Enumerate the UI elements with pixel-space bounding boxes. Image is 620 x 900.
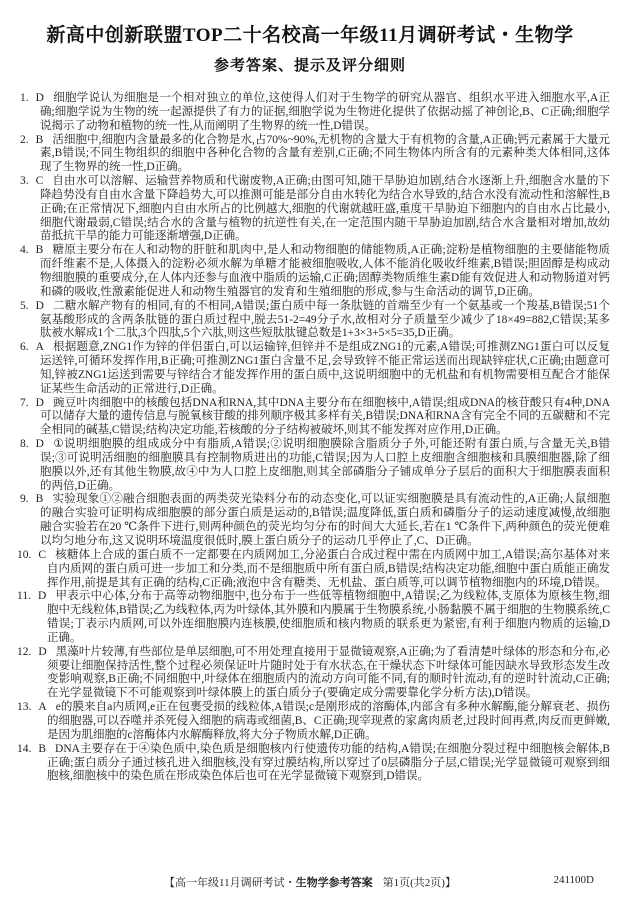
answer-choice: D [36, 397, 44, 409]
page-footer: 【高一年级11月调研考试・生物学参考答案第1页(共2页)】 241100D [0, 874, 620, 890]
answer-explanation: 核糖体上合成的蛋白质不一定都要在内质网加工,分泌蛋白合成过程中需在内质网中加工,… [47, 549, 610, 589]
exam-answer-page: 新高中创新联盟TOP二十名校高一年级11月调研考试・生物学 参考答案、提示及评分… [0, 0, 620, 900]
answer-choice: B [36, 493, 44, 505]
question-number: 1. [20, 92, 29, 104]
page-title: 新高中创新联盟TOP二十名校高一年级11月调研考试・生物学 [10, 20, 610, 47]
answer-explanation: ①说明细胞膜的组成成分中有脂质,A错误;②说明细胞膜除含脂质分子外,可能还附有蛋… [40, 438, 610, 492]
answer-item: 2.B活细胞中,细胞内含量最多的化合物是水,占70%~90%,无机物的含量大于有… [10, 134, 610, 176]
answer-explanation: 细胞学说认为细胞是一个相对独立的单位,这使得人们对于生物学的研究从器官、组织水平… [40, 92, 610, 132]
answer-choice: D [38, 590, 46, 602]
question-number: 7. [20, 397, 29, 409]
answer-explanation: DNA主要存在于④染色质中,染色质是细胞核内行使遗传功能的结构,A错误;在细胞分… [47, 743, 610, 783]
answer-item: 11.D甲表示中心体,分布于高等动物细胞中,也分布于一些低等植物细胞中,A错误;… [10, 590, 610, 645]
question-number: 12. [17, 646, 31, 658]
question-number: 13. [17, 701, 31, 713]
answer-choice: D [36, 438, 44, 450]
answer-item: 14.BDNA主要存在于④染色质中,染色质是细胞核内行使遗传功能的结构,A错误;… [10, 743, 610, 785]
answer-explanation: 活细胞中,细胞内含量最多的化合物是水,占70%~90%,无机物的含量大于有机物的… [40, 134, 610, 174]
answer-item: 9.B实验现象①②融合细胞表面的两类荧光染料分布的动态变化,可以证实细胞膜是具有… [10, 493, 610, 548]
answer-choice: C [36, 175, 44, 187]
answer-item: 6.A根据题意,ZNG1作为锌的伴侣蛋白,可以运输锌,但锌并不是组成ZNG1的元… [10, 341, 610, 396]
answer-explanation: 根据题意,ZNG1作为锌的伴侣蛋白,可以运输锌,但锌并不是组成ZNG1的元素,A… [40, 341, 610, 395]
answer-item: 1.D细胞学说认为细胞是一个相对独立的单位,这使得人们对于生物学的研究从器官、组… [10, 92, 610, 134]
answer-item: 13.Ae的膜来自a内质网,e正在包裹受损的线粒体,A错误;c是刚形成的溶酶体,… [10, 701, 610, 743]
answer-explanation: 实验现象①②融合细胞表面的两类荧光染料分布的动态变化,可以证实细胞膜是具有流动性… [40, 493, 610, 547]
answer-explanation: e的膜来自a内质网,e正在包裹受损的线粒体,A错误;c是刚形成的溶酶体,内部含有… [47, 701, 610, 741]
page-subtitle: 参考答案、提示及评分细则 [10, 54, 610, 75]
answer-choice: B [36, 134, 44, 146]
answer-explanation: 自由水可以溶解、运输营养物质和代谢废物,A正确;由图可知,随干旱胁迫加剧,结合水… [40, 175, 610, 242]
question-number: 4. [20, 244, 29, 256]
answer-item: 3.C自由水可以溶解、运输营养物质和代谢废物,A正确;由图可知,随干旱胁迫加剧,… [10, 175, 610, 244]
question-number: 11. [17, 590, 31, 602]
answer-item: 8.D①说明细胞膜的组成成分中有脂质,A错误;②说明细胞膜除含脂质分子外,可能还… [10, 438, 610, 493]
question-number: 5. [20, 300, 29, 312]
answer-item: 12.D黑藻叶片较薄,有些部位是单层细胞,可不用处理直接用于显微镜观察,A正确;… [10, 646, 610, 701]
answer-item: 7.D豌豆叶肉细胞中的核酸包括DNA和RNA,其中DNA主要分布在细胞核中,A错… [10, 397, 610, 439]
footer-subject-bold: 生物学参考答案 [296, 877, 373, 889]
answers-list: 1.D细胞学说认为细胞是一个相对独立的单位,这使得人们对于生物学的研究从器官、组… [10, 92, 610, 784]
footer-exam-name: 【高一年级11月调研考试・ [164, 877, 296, 889]
answer-choice: A [38, 701, 46, 713]
question-number: 9. [20, 493, 29, 505]
answer-choice: A [36, 341, 44, 353]
answer-item: 5.D二糖水解产物有的相同,有的不相同,A错误;蛋白质中每一条肽链的首端至少有一… [10, 300, 610, 342]
answer-choice: D [36, 92, 44, 104]
answer-explanation: 黑藻叶片较薄,有些部位是单层细胞,可不用处理直接用于显微镜观察,A正确;为了看清… [47, 646, 610, 700]
question-number: 14. [17, 743, 31, 755]
answer-item: 10.C核糖体上合成的蛋白质不一定都要在内质网加工,分泌蛋白合成过程中需在内质网… [10, 549, 610, 591]
question-number: 8. [20, 438, 29, 450]
footer-caption: 【高一年级11月调研考试・生物学参考答案第1页(共2页)】 [0, 874, 620, 890]
question-number: 10. [17, 549, 31, 561]
answer-explanation: 甲表示中心体,分布于高等动物细胞中,也分布于一些低等植物细胞中,A错误;乙为线粒… [47, 590, 610, 644]
question-number: 2. [20, 134, 29, 146]
answer-choice: B [36, 244, 44, 256]
question-number: 6. [20, 341, 29, 353]
document-code: 241100D [553, 874, 594, 886]
answer-choice: D [36, 300, 44, 312]
answer-choice: B [38, 743, 46, 755]
answer-explanation: 豌豆叶肉细胞中的核酸包括DNA和RNA,其中DNA主要分布在细胞核中,A错误;组… [40, 397, 610, 437]
answer-explanation: 糖原主要分布在人和动物的肝脏和肌肉中,是人和动物细胞的储能物质,A正确;淀粉是植… [40, 244, 610, 298]
footer-page-info: 第1页(共2页)】 [383, 877, 456, 889]
answer-choice: C [38, 549, 46, 561]
answer-item: 4.B糖原主要分布在人和动物的肝脏和肌肉中,是人和动物细胞的储能物质,A正确;淀… [10, 244, 610, 299]
answer-explanation: 二糖水解产物有的相同,有的不相同,A错误;蛋白质中每一条肽链的首端至少有一个氨基… [40, 300, 610, 340]
question-number: 3. [20, 175, 29, 187]
answer-choice: D [38, 646, 46, 658]
